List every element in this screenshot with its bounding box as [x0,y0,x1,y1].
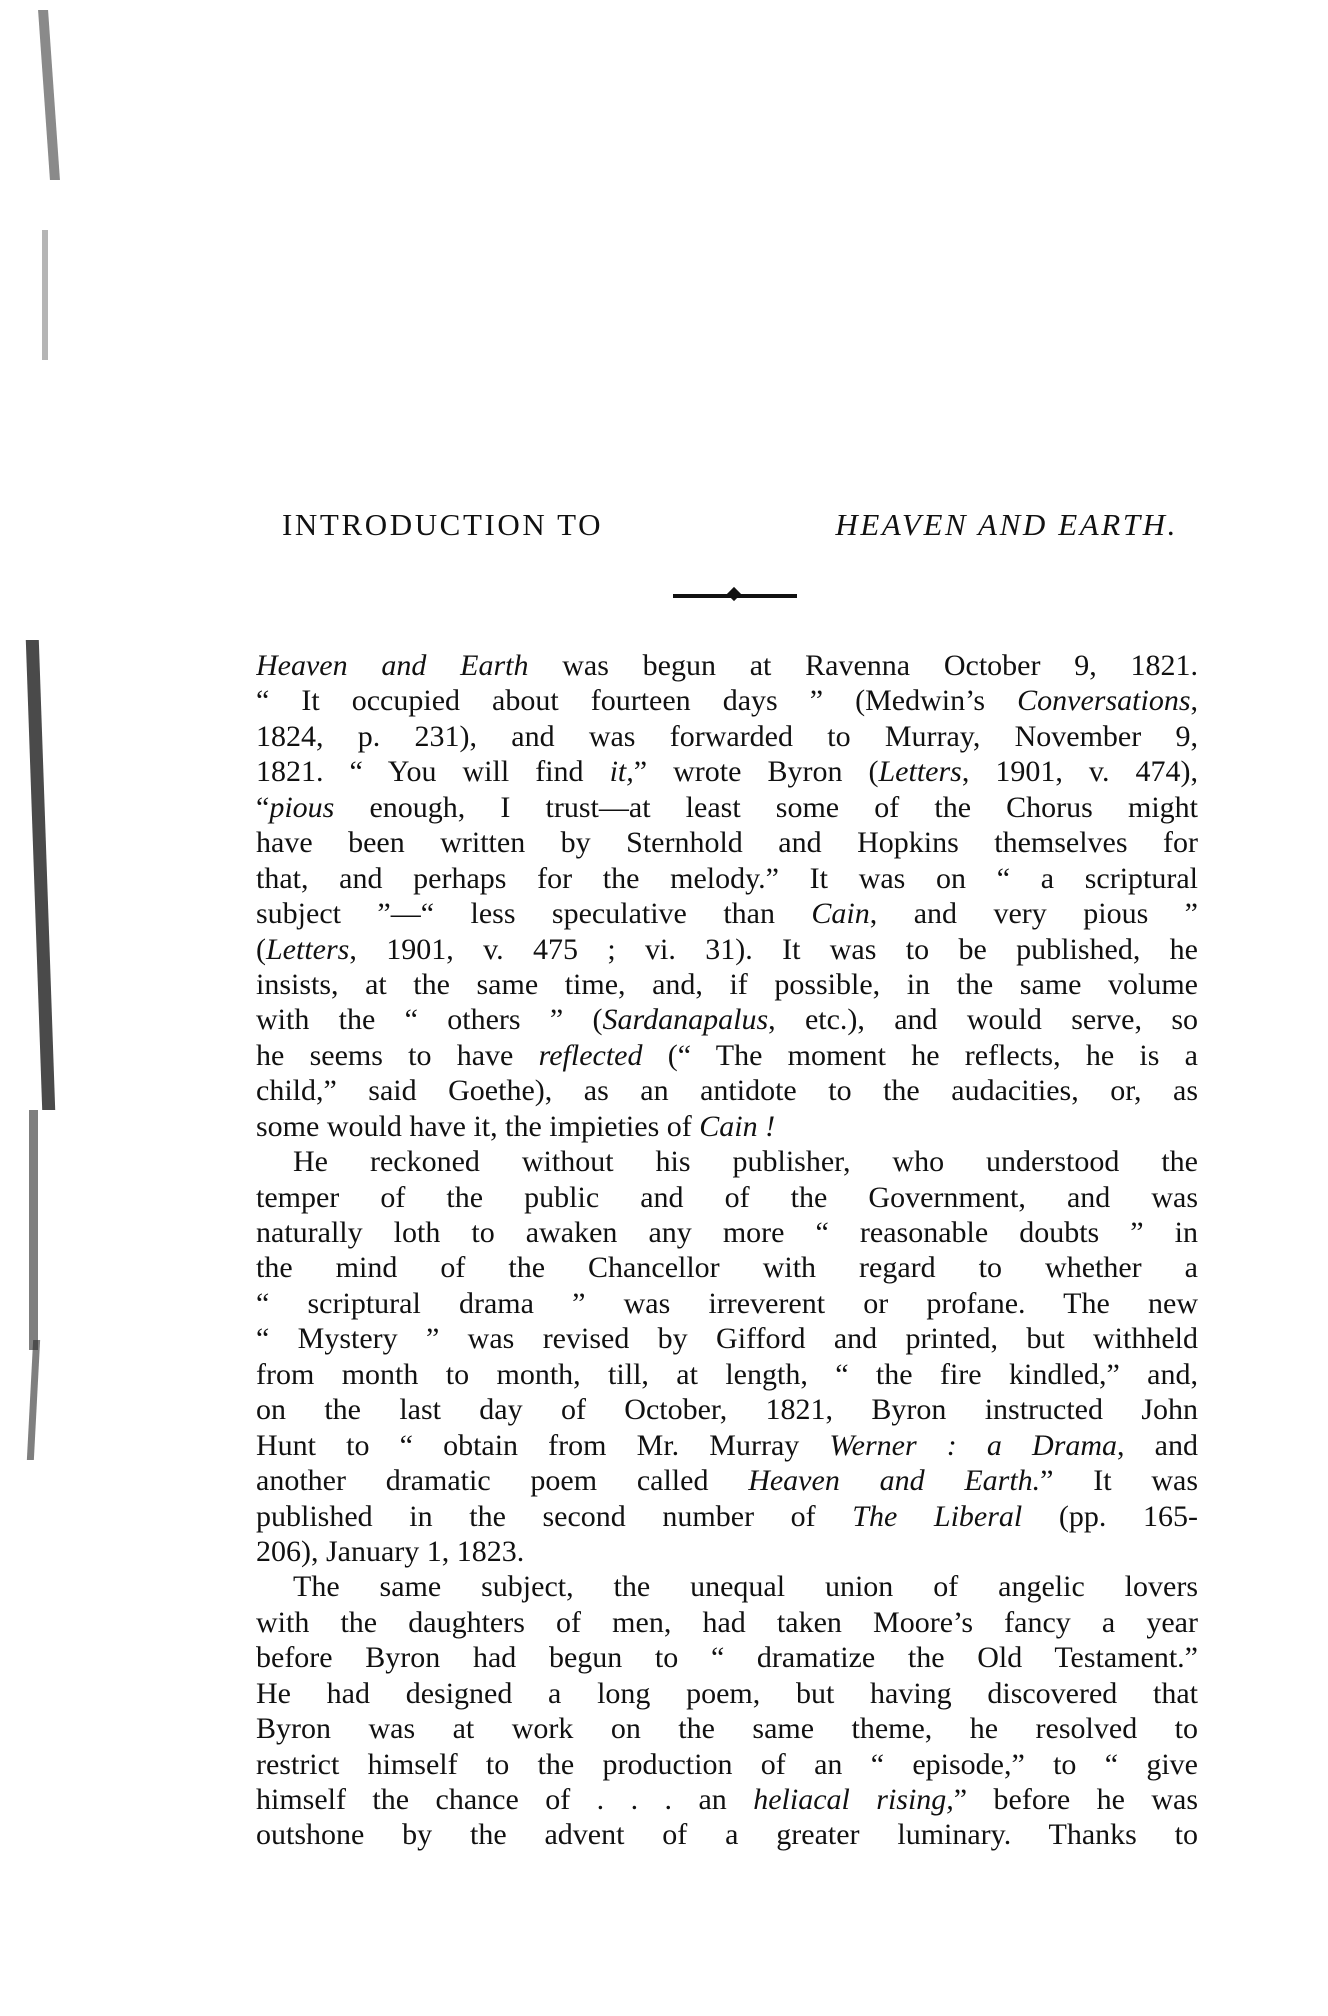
text-line: insists, at the same time, and, if possi… [256,967,1198,1002]
text-line: naturally loth to awaken any more “ reas… [256,1215,1198,1250]
scan-edge-shadow [27,1340,40,1460]
text-line: Byron was at work on the same theme, he … [256,1711,1198,1746]
page-title: INTRODUCTION TO HEAVEN AND EARTH. [282,505,1178,545]
title-plain: INTRODUCTION TO [282,505,603,545]
text-run: (pp. 165- [1022,1500,1198,1533]
text-run: some would have it, the impieties of [256,1110,699,1143]
text-run: he seems to have [256,1039,539,1072]
text-run: temper of the public and of the Governme… [256,1181,1198,1214]
text-run: enough, I trust—at least some of the Cho… [334,791,1198,824]
text-line: He reckoned without his publisher, who u… [256,1144,1198,1179]
text-run: Byron was at work on the same theme, he … [256,1712,1198,1745]
text-line: 1824, p. 231), and was forwarded to Murr… [256,719,1198,754]
text-line: that, and perhaps for the melody.” It wa… [256,861,1198,896]
text-line: “ It occupied about fourteen days ” (Med… [256,683,1198,718]
italic-run: Sardanapalus [603,1003,769,1036]
scan-edge-shadow [29,1110,38,1350]
text-line: before Byron had begun to “ dramatize th… [256,1640,1198,1675]
text-run: , 1901, v. 475 ; vi. 31). It was to be p… [349,933,1198,966]
text-run: ” wrote Byron ( [634,755,879,788]
text-line: published in the second number of The Li… [256,1499,1198,1534]
title-italic: HEAVEN AND EARTH. [835,505,1178,545]
text-line: himself the chance of . . . an heliacal … [256,1782,1198,1817]
text-line: “ scriptural drama ” was irreverent or p… [256,1286,1198,1321]
italic-run: it, [610,755,634,788]
scan-edge-shadow [26,640,55,1110]
text-line: child,” said Goethe), as an antidote to … [256,1073,1198,1108]
scan-edge-shadow [42,230,48,360]
text-run: subject ”—“ less speculative than [256,897,811,930]
ornament-rule-icon [673,592,797,600]
text-line: temper of the public and of the Governme… [256,1180,1198,1215]
text-line: with the “ others ” (Sardanapalus, etc.)… [256,1002,1198,1037]
text-line: with the daughters of men, had taken Moo… [256,1605,1198,1640]
italic-run: pious [269,791,334,824]
text-line: Hunt to “ obtain from Mr. Murray Werner … [256,1428,1198,1463]
text-line: on the last day of October, 1821, Byron … [256,1392,1198,1427]
text-run: ” It was [1040,1464,1198,1497]
italic-run: Conversations [1017,684,1190,717]
text-run: He reckoned without his publisher, who u… [293,1145,1198,1178]
text-line: “ Mystery ” was revised by Gifford and p… [256,1321,1198,1356]
text-run: ” before he was [954,1783,1198,1816]
text-run: that, and perhaps for the melody.” It wa… [256,862,1198,895]
italic-run: reflected [539,1039,643,1072]
text-line: “pious enough, I trust—at least some of … [256,790,1198,825]
text-run: “ scriptural drama ” was irreverent or p… [256,1287,1198,1320]
scan-edge-shadow [38,10,60,180]
text-run: with the “ others ” ( [256,1003,603,1036]
text-run: outshone by the advent of a greater lumi… [256,1818,1198,1851]
italic-run: Cain ! [699,1110,775,1143]
text-run: naturally loth to awaken any more “ reas… [256,1216,1198,1249]
text-run: have been written by Sternhold and Hopki… [256,826,1198,859]
text-run: insists, at the same time, and, if possi… [256,968,1198,1001]
text-run: , 1901, v. 474), [962,755,1198,788]
italic-run: Letters [879,755,962,788]
text-line: 206), January 1, 1823. [256,1534,1198,1569]
text-run: 1821. “ You will find [256,755,610,788]
text-run: , etc.), and would serve, so [768,1003,1198,1036]
text-line: have been written by Sternhold and Hopki… [256,825,1198,860]
text-line: he seems to have reflected (“ The moment… [256,1038,1198,1073]
text-run: the mind of the Chancellor with regard t… [256,1251,1198,1284]
italic-run: heliacal rising, [753,1783,954,1816]
italic-run: Werner : a Drama [829,1429,1117,1462]
text-run: (“ The moment he reflects, he is a [642,1039,1198,1072]
text-run: was begun at Ravenna October 9, 1821. [528,649,1198,682]
text-line: another dramatic poem called Heaven and … [256,1463,1198,1498]
text-run: from month to month, till, at length, “ … [256,1358,1198,1391]
text-run: before Byron had begun to “ dramatize th… [256,1641,1198,1674]
text-run: Hunt to “ obtain from Mr. Murray [256,1429,829,1462]
text-line: (Letters, 1901, v. 475 ; vi. 31). It was… [256,932,1198,967]
text-line: the mind of the Chancellor with regard t… [256,1250,1198,1285]
text-line: outshone by the advent of a greater lumi… [256,1817,1198,1852]
text-run: with the daughters of men, had taken Moo… [256,1606,1198,1639]
body-text: Heaven and Earth was begun at Ravenna Oc… [256,648,1198,1853]
text-line: He had designed a long poem, but having … [256,1676,1198,1711]
text-run: ( [256,933,266,966]
text-run: , and very pious ” [870,897,1198,930]
italic-run: Heaven and Earth [256,649,528,682]
text-run: He had designed a long poem, but having … [256,1677,1198,1710]
ornament-diamond-icon [727,587,741,601]
text-run: himself the chance of . . . an [256,1783,753,1816]
text-line: some would have it, the impieties of Cai… [256,1109,1198,1144]
text-run: “ [256,791,269,824]
text-run: on the last day of October, 1821, Byron … [256,1393,1198,1426]
text-run: “ Mystery ” was revised by Gifford and p… [256,1322,1198,1355]
text-run: another dramatic poem called [256,1464,748,1497]
text-line: 1821. “ You will find it,” wrote Byron (… [256,754,1198,789]
text-run: 1824, p. 231), and was forwarded to Murr… [256,720,1198,753]
text-run: 206), January 1, 1823. [256,1535,524,1568]
italic-run: Cain [811,897,869,930]
text-run: The same subject, the unequal union of a… [293,1570,1198,1603]
text-run: “ It occupied about fourteen days ” (Med… [256,684,1017,717]
text-line: subject ”—“ less speculative than Cain, … [256,896,1198,931]
italic-run: Letters [266,933,349,966]
text-line: restrict himself to the production of an… [256,1747,1198,1782]
text-line: The same subject, the unequal union of a… [256,1569,1198,1604]
text-line: from month to month, till, at length, “ … [256,1357,1198,1392]
text-run: , and [1117,1429,1198,1462]
text-run: , [1191,684,1199,717]
italic-run: The Liberal [852,1500,1022,1533]
text-run: restrict himself to the production of an… [256,1748,1198,1781]
text-line: Heaven and Earth was begun at Ravenna Oc… [256,648,1198,683]
italic-run: Heaven and Earth. [748,1464,1040,1497]
text-run: published in the second number of [256,1500,852,1533]
text-run: child,” said Goethe), as an antidote to … [256,1074,1198,1107]
